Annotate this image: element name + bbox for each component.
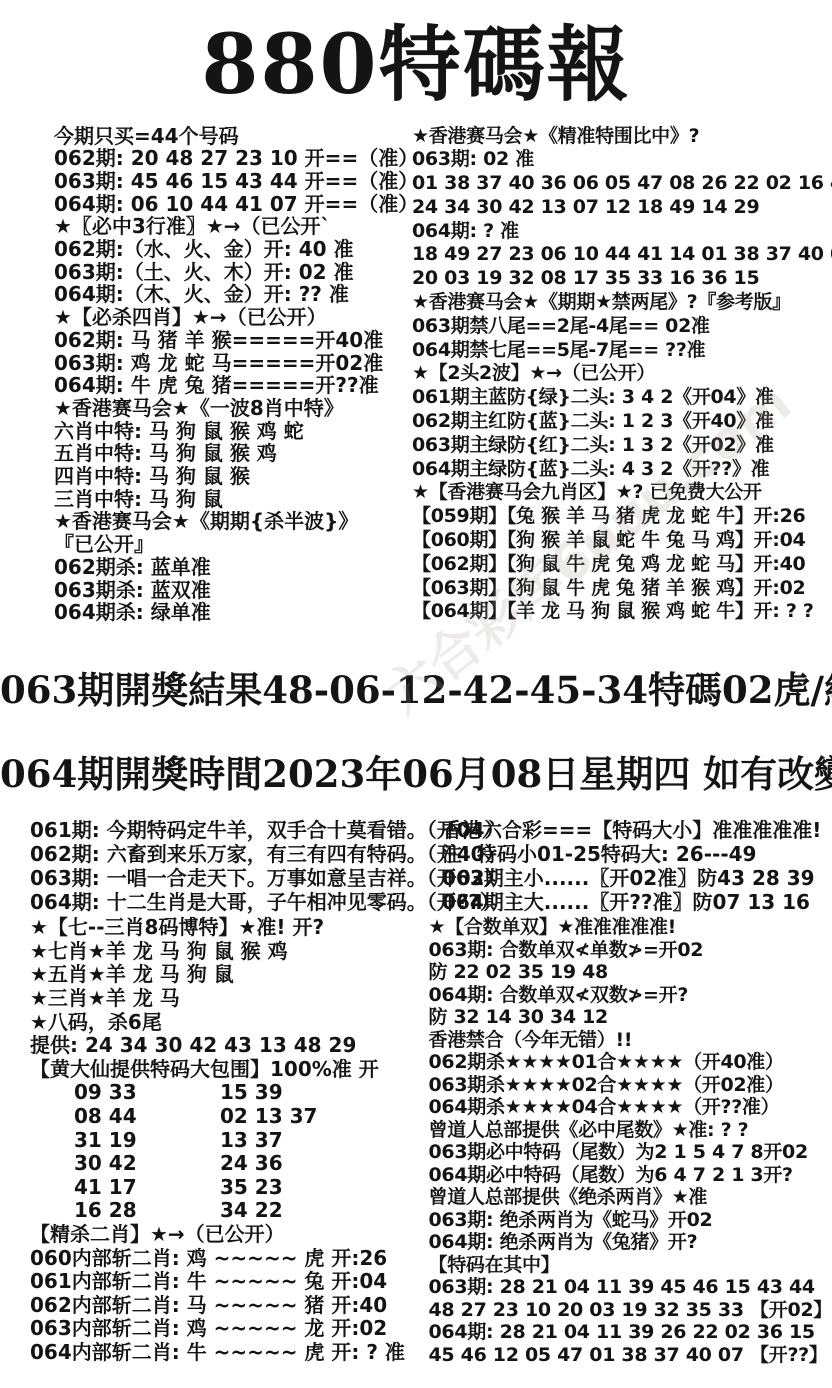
text-part-left: 064期: 十二生肖是大哥，子午相冲见零码。（开??） [30, 890, 442, 914]
text-part-left: 062期: 六畜到来乐万家，有三有四有特码。（开40） [30, 842, 442, 866]
number-table-row: 08 4402 13 37 [30, 1105, 429, 1129]
tip-line: 48 27 23 10 20 03 19 32 35 33 【开02】 [429, 1299, 832, 1322]
tip-line: 18 49 27 23 06 10 44 41 14 01 38 37 40 0… [412, 243, 832, 267]
tip-line: 061内部斩二肖: 牛 ~~~~~ 兔 开:04 [30, 1270, 429, 1294]
text-part-c1: 09 33 [30, 1081, 220, 1105]
tip-line: 064期: 合数单双≮双数≯=开? [429, 984, 832, 1007]
tip-line: 064期:（木、火、金）开: ?? 准 [54, 283, 406, 306]
tip-line: 062期: 20 48 27 23 10 开==（准） [54, 147, 406, 170]
tip-line: ★香港赛马会★《精准特围比中》? [412, 125, 832, 149]
top-left-column: 今期只买=44个号码062期: 20 48 27 23 10 开==（准）063… [0, 125, 406, 625]
tip-line: 064期杀: 绿单准 [54, 601, 406, 624]
tip-line: 【063期】【狗 鼠 牛 虎 兔 猪 羊 猴 鸡】开:02 [412, 577, 832, 601]
tip-line: 24 34 30 42 13 07 12 18 49 14 29 [412, 196, 832, 220]
tip-line: 061期主蓝防{绿}二头: 3 4 2《开04》准 [412, 386, 832, 410]
tip-line: 063期: 合数单双≮单数≯=开02 [429, 939, 832, 962]
tip-line: 064期: 28 21 04 11 39 26 22 02 36 15 [429, 1321, 832, 1344]
text-part-c2: 24 36 [220, 1152, 283, 1176]
number-table-row: 09 3315 39 [30, 1081, 429, 1105]
tip-line: 063期必中特码（尾数）为2 1 5 4 7 8开02 [429, 1141, 832, 1164]
tip-line: 060内部斩二肖: 鸡 ~~~~~ 虎 开:26 [30, 1247, 429, 1271]
tip-line: ★【2头2波】★→（已公开） [412, 362, 832, 386]
text-part-right: 063期主小......〖开02准〗防43 28 39 [442, 866, 832, 890]
text-part-c2: 13 37 [220, 1129, 283, 1153]
mid-section: 061期: 今期特码定牛羊，双手合十莫看错。（开04）香港六合彩===【特码大小… [0, 818, 832, 914]
tip-line: ★【七--三肖8码博特】★准! 开? [30, 916, 429, 940]
tip-line: ★三肖★羊 龙 马 [30, 987, 429, 1011]
number-table-row: 30 4224 36 [30, 1152, 429, 1176]
tip-line: 064期: 牛 虎 兔 猪=====开??准 [54, 374, 406, 397]
tip-line: 062内部斩二肖: 马 ~~~~~ 猪 开:40 [30, 1294, 429, 1318]
tip-line: 064期: 绝杀两肖为《兔猪》开? [429, 1231, 832, 1254]
tip-line: 064期禁七尾==5尾-7尾== ??准 [412, 339, 832, 363]
bottom-section: ★【七--三肖8码博特】★准! 开?★七肖★羊 龙 马 狗 鼠 猴 鸡★五肖★羊… [0, 916, 832, 1366]
tip-line: 曾道人总部提供《绝杀两肖》★准 [429, 1186, 832, 1209]
text-part-c1: 30 42 [30, 1152, 220, 1176]
tip-line: 064期杀★★★★04合★★★★（开??准） [429, 1096, 832, 1119]
tip-line: 064内部斩二肖: 牛 ~~~~~ 虎 开: ? 准 [30, 1341, 429, 1365]
tip-line: 『已公开』 [54, 533, 406, 556]
bottom-left-top-block: ★【七--三肖8码博特】★准! 开?★七肖★羊 龙 马 狗 鼠 猴 鸡★五肖★羊… [30, 916, 429, 1081]
tip-line: ★【必杀四肖】★→（已公开） [54, 306, 406, 329]
tip-line: ★〖必中3行准〗★→（已公开` [54, 215, 406, 238]
tip-line: 三肖中特: 马 狗 鼠 [54, 488, 406, 511]
tip-line: 064期必中特码（尾数）为6 4 7 2 1 3开? [429, 1164, 832, 1187]
tip-line: 45 46 12 05 47 01 38 37 40 07 【开??】 [429, 1344, 832, 1367]
text-part-c1: 08 44 [30, 1105, 220, 1129]
tip-line: ★七肖★羊 龙 马 狗 鼠 猴 鸡 [30, 940, 429, 964]
tip-line: 064期主绿防{蓝}二头: 4 3 2《开??》准 [412, 458, 832, 482]
poem-row: 063期: 一唱一合走天下。万事如意呈吉祥。（开02）063期主小......〖… [30, 866, 832, 890]
top-section: 今期只买=44个号码062期: 20 48 27 23 10 开==（准）063… [0, 125, 832, 625]
tip-line: ★香港赛马会★《期期{杀半波}》 [54, 510, 406, 533]
text-part-c2: 35 23 [220, 1176, 283, 1200]
tip-line: 【黄大仙提供特码大包围】100%准 开 [30, 1058, 429, 1082]
tip-line: ★八码，杀6尾 [30, 1011, 429, 1035]
tip-line: 【064期】【羊 龙 马 狗 鼠 猴 鸡 蛇 牛】开: ? ? [412, 600, 832, 624]
tip-line: 20 03 19 32 08 17 35 33 16 36 15 [412, 267, 832, 291]
tip-line: 062期杀: 蓝单准 [54, 556, 406, 579]
tip-line: ★香港赛马会★《一波8肖中特》 [54, 397, 406, 420]
tip-line: 063期: 鸡 龙 蛇 马=====开02准 [54, 352, 406, 375]
text-part-c1: 41 17 [30, 1176, 220, 1200]
number-table-row: 41 1735 23 [30, 1176, 429, 1200]
result-banner: 063期開獎結果48-06-12-42-45-34特碼02虎/紅/金 [0, 660, 832, 714]
tip-line: ★五肖★羊 龙 马 狗 鼠 [30, 963, 429, 987]
tip-line: ★【香港赛马会九肖区】★? 已免费大公开 [412, 481, 832, 505]
tip-line: 香港禁合（今年无错）!! [429, 1029, 832, 1052]
tip-line: 【特码在其中】 [429, 1254, 832, 1277]
tip-line: ★【合数单双】★准准准准准! [429, 916, 832, 939]
text-part-c2: 34 22 [220, 1199, 283, 1223]
tip-line: 063内部斩二肖: 鸡 ~~~~~ 龙 开:02 [30, 1317, 429, 1341]
text-part-right: 064期主大......〖开??准〗防07 13 16 [442, 890, 832, 914]
tip-line: 【060期】【狗 猴 羊 鼠 蛇 牛 兔 马 鸡】开:04 [412, 529, 832, 553]
tip-line: 064期: ? 准 [412, 220, 832, 244]
tip-line: 062期杀★★★★01合★★★★（开40准） [429, 1051, 832, 1074]
page-title: 880特碼報 [0, 0, 832, 117]
text-part-c1: 31 19 [30, 1129, 220, 1153]
tip-line: ★香港赛马会★《期期★禁两尾》?『参考版』 [412, 291, 832, 315]
lottery-tip-sheet: 六合彩库6uuu.com 880特碼報 今期只买=44个号码062期: 20 4… [0, 0, 832, 1388]
text-part-c2: 02 13 37 [220, 1105, 317, 1129]
bottom-right-column: ★【合数单双】★准准准准准!063期: 合数单双≮单数≯=开02防 22 02 … [429, 916, 832, 1366]
text-part-c1: 16 28 [30, 1199, 220, 1223]
number-table-row: 16 2834 22 [30, 1199, 429, 1223]
tip-line: 063期: 02 准 [412, 148, 832, 172]
tip-line: 064期: 06 10 44 41 07 开==（准） [54, 193, 406, 216]
tip-line: 【精杀二肖】★→（已公开） [30, 1223, 429, 1247]
bottom-left-bottom-block: 【精杀二肖】★→（已公开）060内部斩二肖: 鸡 ~~~~~ 虎 开:26061… [30, 1223, 429, 1365]
tip-line: 063期: 28 21 04 11 39 45 46 15 43 44 [429, 1276, 832, 1299]
text-part-c2: 15 39 [220, 1081, 283, 1105]
tip-line: 五肖中特: 马 狗 鼠 猴 鸡 [54, 442, 406, 465]
bottom-left-column: ★【七--三肖8码博特】★准! 开?★七肖★羊 龙 马 狗 鼠 猴 鸡★五肖★羊… [0, 916, 429, 1366]
text-part-left: 061期: 今期特码定牛羊，双手合十莫看错。（开04） [30, 818, 442, 842]
number-table: 09 3315 3908 4402 13 3731 1913 3730 4224… [30, 1081, 429, 1223]
text-part-right: 香港六合彩===【特码大小】准准准准准! [442, 818, 832, 842]
top-right-column: ★香港赛马会★《精准特围比中》?063期: 02 准01 38 37 40 36… [406, 125, 832, 625]
tip-line: 063期: 绝杀两肖为《蛇马》开02 [429, 1209, 832, 1232]
tip-line: 曾道人总部提供《必中尾数》★准: ? ? [429, 1119, 832, 1142]
tip-line: 提供: 24 34 30 42 43 13 48 29 [30, 1034, 429, 1058]
number-table-row: 31 1913 37 [30, 1129, 429, 1153]
tip-line: 01 38 37 40 36 06 05 47 08 26 22 02 16 4… [412, 172, 832, 196]
tip-line: 防 32 14 30 34 12 [429, 1006, 832, 1029]
tip-line: 063期主绿防{红}二头: 1 3 2《开02》准 [412, 434, 832, 458]
tip-line: 今期只买=44个号码 [54, 125, 406, 148]
tip-line: 062期: 马 猪 羊 猴=====开40准 [54, 329, 406, 352]
next-draw-banner: 064期開獎時間2023年06月08日星期四 如有改變另行通知! [0, 744, 832, 798]
text-part-right: 注: 特码小01-25特码大: 26---49 [442, 842, 832, 866]
tip-line: 063期: 45 46 15 43 44 开==（准） [54, 170, 406, 193]
tip-line: 063期:（土、火、木）开: 02 准 [54, 261, 406, 284]
tip-line: 062期主红防{蓝}二头: 1 2 3《开40》准 [412, 410, 832, 434]
tip-line: 四肖中特: 马 狗 鼠 猴 [54, 465, 406, 488]
tip-line: 063期杀: 蓝双准 [54, 579, 406, 602]
tip-line: 062期:（水、火、金）开: 40 准 [54, 238, 406, 261]
tip-line: 防 22 02 35 19 48 [429, 961, 832, 984]
text-part-left: 063期: 一唱一合走天下。万事如意呈吉祥。（开02） [30, 866, 442, 890]
poem-row: 064期: 十二生肖是大哥，子午相冲见零码。（开??）064期主大......〖… [30, 890, 832, 914]
poem-row: 062期: 六畜到来乐万家，有三有四有特码。（开40）注: 特码小01-25特码… [30, 842, 832, 866]
tip-line: 【059期】【兔 猴 羊 马 猪 虎 龙 蛇 牛】开:26 [412, 505, 832, 529]
poem-row: 061期: 今期特码定牛羊，双手合十莫看错。（开04）香港六合彩===【特码大小… [30, 818, 832, 842]
tip-line: 063期杀★★★★02合★★★★（开02准） [429, 1074, 832, 1097]
tip-line: 【062期】【狗 鼠 牛 虎 兔 鸡 龙 蛇 马】开:40 [412, 553, 832, 577]
tip-line: 063期禁八尾==2尾-4尾== 02准 [412, 315, 832, 339]
tip-line: 六肖中特: 马 狗 鼠 猴 鸡 蛇 [54, 420, 406, 443]
